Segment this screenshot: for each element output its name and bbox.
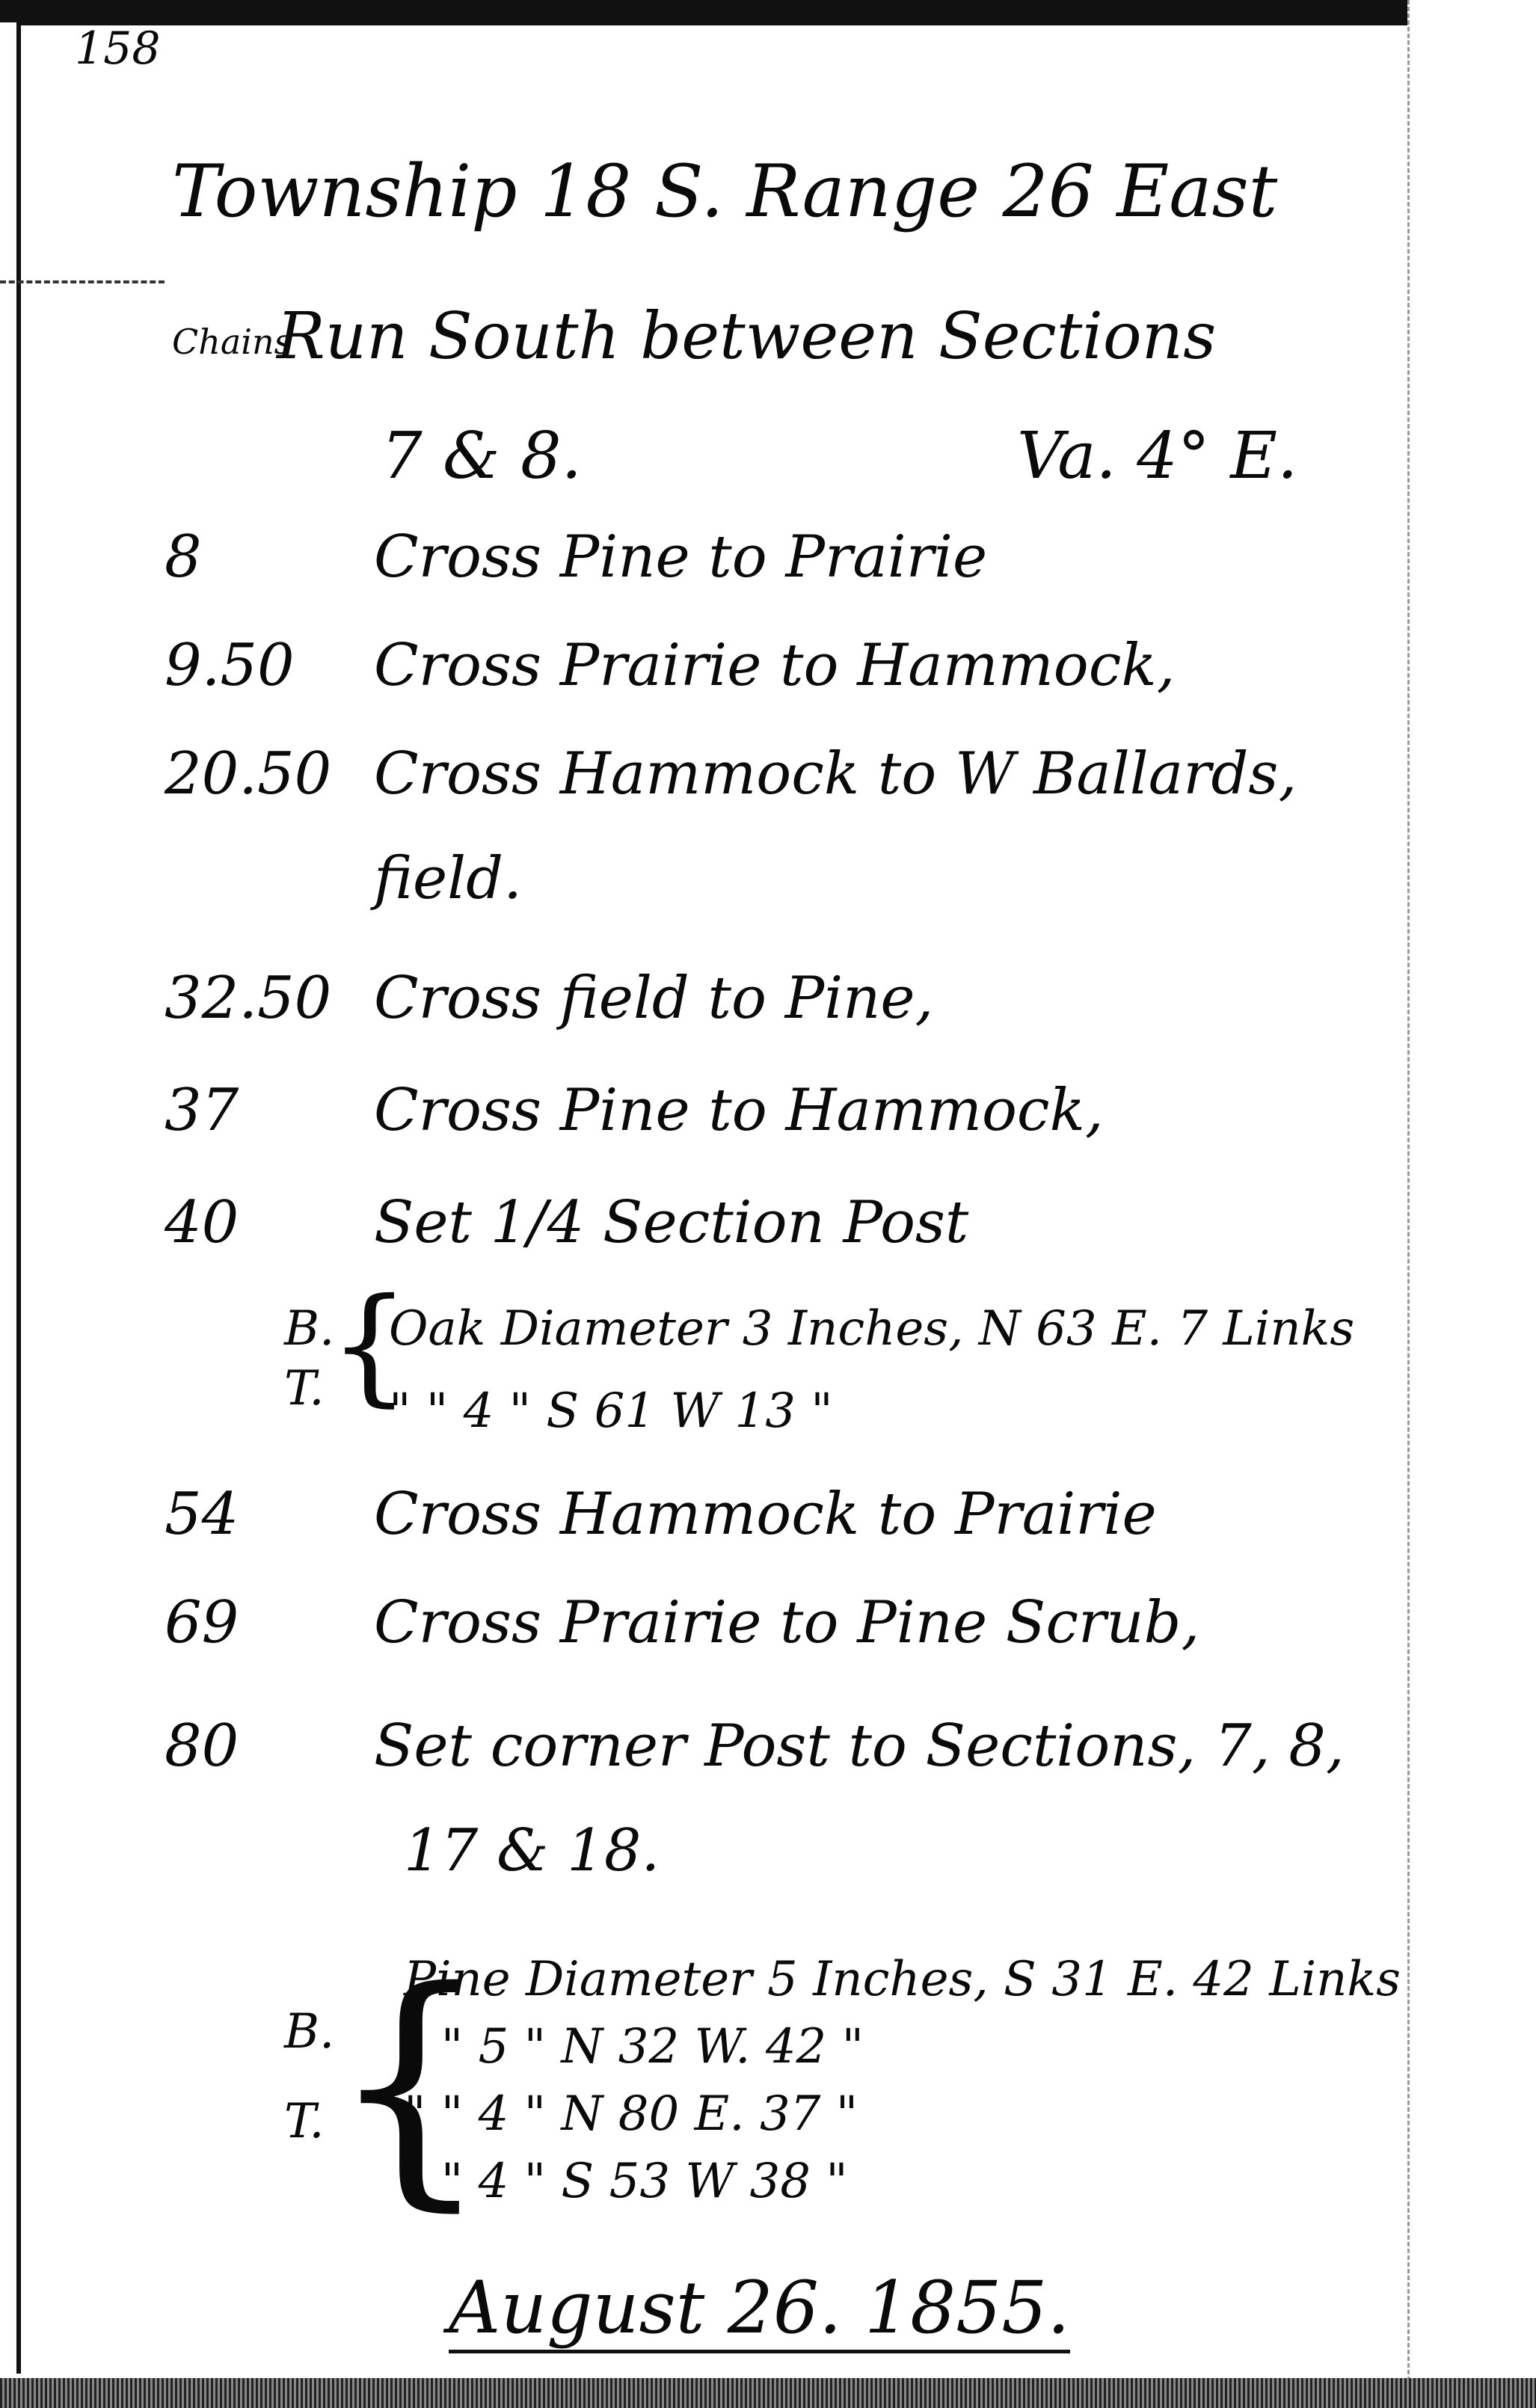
chains-column-label: Chains (172, 322, 292, 362)
scan-bottom-edge (0, 2378, 1536, 2408)
entry-distance: 69 (165, 1589, 374, 1656)
entry-distance: 37 (165, 1077, 374, 1144)
page-number: 158 (75, 22, 161, 75)
entry-distance: 8 (165, 523, 374, 591)
entry-row: 20.50Cross Hammock to W Ballards, (165, 740, 1297, 808)
bearing-tree-label-b: B. (284, 1301, 334, 1357)
township-title: Township 18 S. Range 26 East (172, 150, 1277, 233)
bearing-tree-row: Oak Diameter 3 Inches, N 63 E. 7 Links (389, 1301, 1354, 1357)
bearing-tree-label-b: B. (284, 2004, 334, 2060)
bearing-tree-row: " " 4 " N 80 E. 37 " (404, 2086, 858, 2142)
scan-top-edge (0, 0, 1536, 22)
entry-continuation: field. (374, 845, 522, 912)
entry-row: 69Cross Prairie to Pine Scrub, (165, 1589, 1199, 1656)
entry-text: Cross Pine to Hammock, (374, 1077, 1104, 1144)
survey-line-sections: 7 & 8. (381, 419, 582, 494)
bearing-tree-row: " " 4 " S 61 W 13 " (389, 1383, 833, 1439)
margin-rule (0, 280, 165, 283)
entry-distance: 40 (165, 1189, 374, 1256)
entry-distance: 20.50 (165, 740, 374, 808)
bearing-tree-row: Pine Diameter 5 Inches, S 31 E. 42 Links (404, 1952, 1401, 2007)
entry-row: 54Cross Hammock to Prairie (165, 1481, 1157, 1548)
scan-right-margin (1407, 0, 1536, 2408)
bearing-tree-row: " " 5 " N 32 W. 42 " (404, 2019, 864, 2074)
entry-distance: 80 (165, 1713, 374, 1780)
magnetic-variation: Va. 4° E. (1017, 419, 1297, 494)
bearing-tree-row: " " 4 " S 53 W 38 " (404, 2154, 848, 2209)
bearing-tree-label-t: T. (284, 2094, 325, 2149)
entry-text: Cross Hammock to W Ballards, (374, 740, 1297, 808)
bearing-tree-label-t: T. (284, 1361, 325, 1416)
entry-row: 8Cross Pine to Prairie (165, 523, 987, 591)
entry-text: Set 1/4 Section Post (374, 1189, 968, 1256)
entry-text: Cross Prairie to Pine Scrub, (374, 1589, 1199, 1656)
entry-text: Cross Pine to Prairie (374, 523, 987, 591)
entry-row: 37Cross Pine to Hammock, (165, 1077, 1104, 1144)
entry-row: 32.50Cross field to Pine, (165, 965, 933, 1032)
entry-text: Cross Hammock to Prairie (374, 1481, 1157, 1548)
entry-row: 40Set 1/4 Section Post (165, 1189, 968, 1256)
entry-text: Cross Prairie to Hammock, (374, 632, 1175, 699)
entry-date: August 26. 1855. (449, 2266, 1070, 2353)
entry-row: 9.50Cross Prairie to Hammock, (165, 632, 1175, 699)
entry-text: Set corner Post to Sections, 7, 8, (374, 1713, 1345, 1780)
entry-distance: 54 (165, 1481, 374, 1548)
entry-row: 80Set corner Post to Sections, 7, 8, (165, 1713, 1345, 1780)
entry-continuation: 17 & 18. (404, 1817, 660, 1885)
survey-line-heading: Run South between Sections (277, 299, 1216, 374)
entry-distance: 32.50 (165, 965, 374, 1032)
entry-text: Cross field to Pine, (374, 965, 933, 1032)
entry-distance: 9.50 (165, 632, 374, 699)
